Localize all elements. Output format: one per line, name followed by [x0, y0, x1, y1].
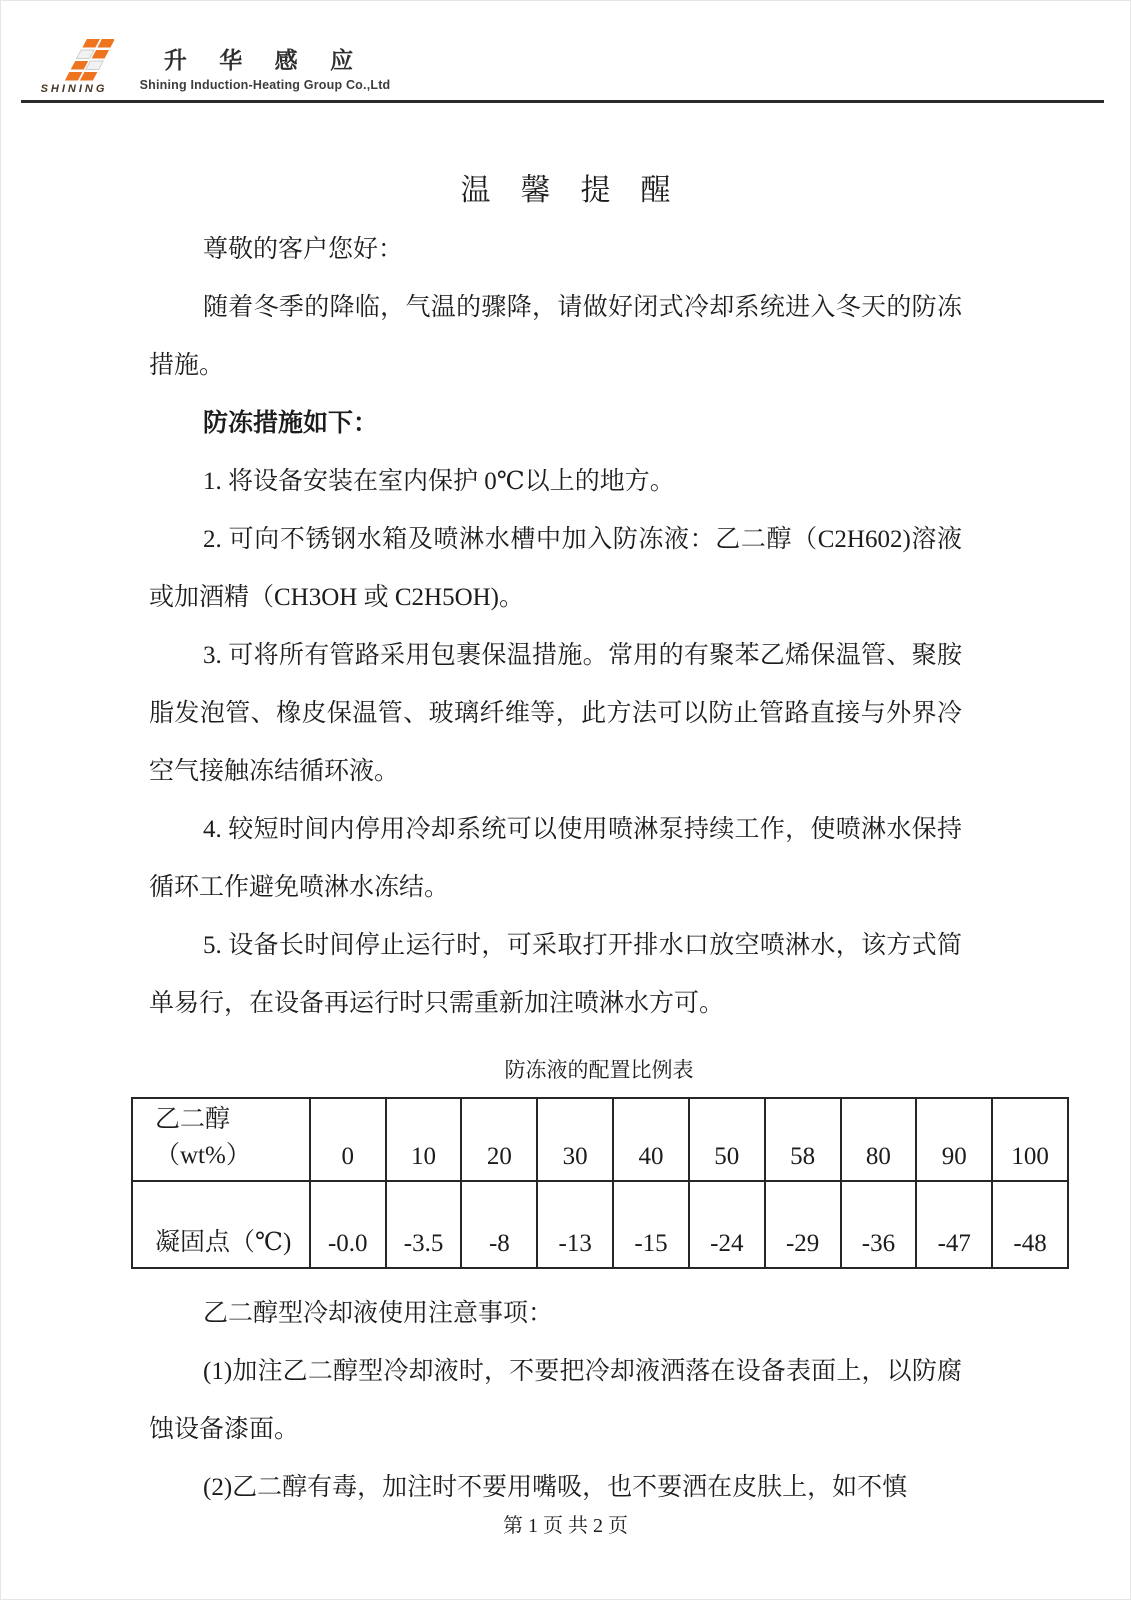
table-cell: -15 [613, 1181, 689, 1268]
notes-heading: 乙二醇型冷却液使用注意事项： [149, 1285, 962, 1343]
logo-wordmark: SHINING [31, 83, 117, 95]
table-cell: 100 [992, 1098, 1068, 1181]
measure-item-2: 2. 可向不锈钢水箱及喷淋水槽中加入防冻液：乙二醇（C2H602)溶液或加酒精（… [149, 511, 962, 627]
company-logo: SHINING [31, 37, 117, 95]
measure-item-3: 3. 可将所有管路采用包裹保温措施。常用的有聚苯乙烯保温管、聚胺脂发泡管、橡皮保… [149, 627, 962, 801]
table-cell: -3.5 [386, 1181, 462, 1268]
table-cell: -24 [689, 1181, 765, 1268]
shining-logo-icon [34, 37, 114, 83]
table-cell: -13 [537, 1181, 613, 1268]
table-row-label: 凝固点（℃) [132, 1181, 310, 1268]
company-name-block: 升 华 感 应 Shining Induction-Heating Group … [135, 45, 395, 95]
measure-item-4: 4. 较短时间内停用冷却系统可以使用喷淋泵持续工作，使喷淋水保持循环工作避免喷淋… [149, 801, 962, 917]
document-page: SHINING 升 华 感 应 Shining Induction-Heatin… [0, 0, 1131, 1600]
company-name-en: Shining Induction-Heating Group Co.,Ltd [135, 75, 395, 95]
table-cell: -48 [992, 1181, 1068, 1268]
table-cell: -8 [461, 1181, 537, 1268]
table-cell: 20 [461, 1098, 537, 1181]
table-cell: 50 [689, 1098, 765, 1181]
page-title: 温 馨 提 醒 [1, 161, 1130, 221]
letterhead: SHINING 升 华 感 应 Shining Induction-Heatin… [31, 37, 395, 95]
document-body: 温 馨 提 醒 尊敬的客户您好： 随着冬季的降临，气温的骤降，请做好闭式冷却系统… [1, 161, 1130, 1517]
measure-item-1: 1. 将设备安装在室内保护 0℃以上的地方。 [149, 453, 962, 511]
company-name-cn: 升 华 感 应 [135, 45, 395, 75]
table-cell: 0 [310, 1098, 386, 1181]
table-cell: 90 [916, 1098, 992, 1181]
table-row: 乙二醇（wt%） 0 10 20 30 40 50 58 80 90 100 [132, 1098, 1068, 1181]
antifreeze-ratio-table: 乙二醇（wt%） 0 10 20 30 40 50 58 80 90 100 凝… [131, 1097, 1069, 1269]
table-cell: 30 [537, 1098, 613, 1181]
table-row-label: 乙二醇（wt%） [132, 1098, 310, 1181]
table-row: 凝固点（℃) -0.0 -3.5 -8 -13 -15 -24 -29 -36 … [132, 1181, 1068, 1268]
page-number: 第 1 页 共 2 页 [1, 1506, 1130, 1546]
table-cell: -0.0 [310, 1181, 386, 1268]
table-cell: -47 [916, 1181, 992, 1268]
paragraph-greeting: 尊敬的客户您好： [149, 221, 962, 279]
table-cell: -29 [765, 1181, 841, 1268]
table-cell: 40 [613, 1098, 689, 1181]
table-title: 防冻液的配置比例表 [131, 1049, 1067, 1091]
table-cell: -36 [841, 1181, 917, 1268]
paragraph-intro: 随着冬季的降临，气温的骤降，请做好闭式冷却系统进入冬天的防冻措施。 [149, 279, 962, 395]
table-cell: 58 [765, 1098, 841, 1181]
header-divider [21, 100, 1104, 103]
note-item-1: (1)加注乙二醇型冷却液时，不要把冷却液洒落在设备表面上，以防腐蚀设备漆面。 [149, 1343, 962, 1459]
measure-item-5: 5. 设备长时间停止运行时，可采取打开排水口放空喷淋水，该方式简单易行，在设备再… [149, 917, 962, 1033]
table-cell: 10 [386, 1098, 462, 1181]
table-cell: 80 [841, 1098, 917, 1181]
measures-heading: 防冻措施如下： [149, 395, 962, 453]
